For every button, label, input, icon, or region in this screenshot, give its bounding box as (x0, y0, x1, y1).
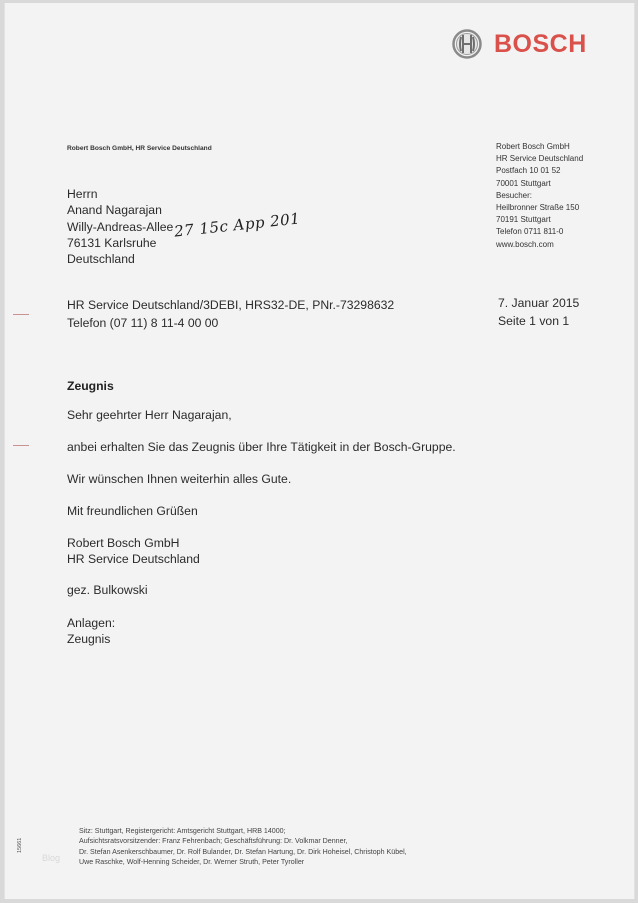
watermark: Blog (42, 853, 60, 863)
punch-mark (13, 445, 29, 446)
contact-line: Heilbronner Straße 150 (496, 202, 583, 214)
recipient-salutation: Herrn (67, 186, 301, 202)
logo-wordmark: BOSCH (494, 30, 587, 59)
recipient-country: Deutschland (67, 251, 301, 267)
contact-line: 70191 Stuttgart (496, 214, 583, 226)
recipient-street-line: Willy-Andreas-Allee27 15c App 201 (67, 218, 301, 235)
reference-phone: Telefon (07 11) 8 11-4 00 00 (67, 315, 394, 333)
page-info: Seite 1 von 1 (498, 313, 579, 331)
footer-line: Uwe Raschke, Wolf-Henning Scheider, Dr. … (79, 857, 407, 867)
reference-line: HR Service Deutschland/3DEBI, HRS32-DE, … (67, 297, 394, 315)
bosch-logo: BOSCH (452, 29, 587, 59)
date-block: 7. Januar 2015 Seite 1 von 1 (498, 295, 579, 330)
contact-line: Telefon 0711 811-0 (496, 226, 583, 238)
attachments-label: Anlagen: (67, 615, 115, 631)
signature-block: Robert Bosch GmbH HR Service Deutschland (67, 535, 200, 567)
contact-line: Besucher: (496, 190, 583, 202)
attachments-block: Anlagen: Zeugnis (67, 615, 115, 647)
contact-line: Robert Bosch GmbH (496, 141, 583, 153)
footer-line: Dr. Stefan Asenkerschbaumer, Dr. Rolf Bu… (79, 847, 407, 857)
contact-website: www.bosch.com (496, 239, 583, 251)
fold-mark (13, 314, 29, 315)
letter-paragraph: anbei erhalten Sie das Zeugnis über Ihre… (67, 440, 456, 454)
signed-by: gez. Bulkowski (67, 583, 148, 597)
letter-closing: Mit freundlichen Grüßen (67, 504, 198, 518)
contact-line: 70001 Stuttgart (496, 178, 583, 190)
letter-greeting: Sehr geehrter Herr Nagarajan, (67, 408, 232, 422)
reference-block: HR Service Deutschland/3DEBI, HRS32-DE, … (67, 297, 394, 332)
recipient-street: Willy-Andreas-Allee (67, 220, 173, 234)
contact-line: Postfach 10 01 52 (496, 165, 583, 177)
letter-paragraph: Wir wünschen Ihnen weiterhin alles Gute. (67, 472, 291, 486)
form-number: 15661 (17, 838, 23, 853)
footer-line: Sitz: Stuttgart, Registergericht: Amtsge… (79, 826, 407, 836)
sender-return-line: Robert Bosch GmbH, HR Service Deutschlan… (67, 145, 212, 152)
contact-line: HR Service Deutschland (496, 153, 583, 165)
bosch-armature-icon (452, 29, 482, 59)
letter-date: 7. Januar 2015 (498, 295, 579, 313)
footer-line: Aufsichtsratsvorsitzender: Franz Fehrenb… (79, 836, 407, 846)
legal-footer: Sitz: Stuttgart, Registergericht: Amtsge… (79, 826, 407, 868)
company-contact-block: Robert Bosch GmbH HR Service Deutschland… (496, 141, 583, 251)
letter-page: BOSCH Robert Bosch GmbH, HR Service Deut… (4, 3, 635, 899)
letter-subject: Zeugnis (67, 379, 114, 393)
signature-company: Robert Bosch GmbH (67, 535, 200, 551)
recipient-address: Herrn Anand Nagarajan Willy-Andreas-Alle… (67, 186, 301, 267)
attachments-list: Zeugnis (67, 631, 115, 647)
signature-department: HR Service Deutschland (67, 551, 200, 567)
